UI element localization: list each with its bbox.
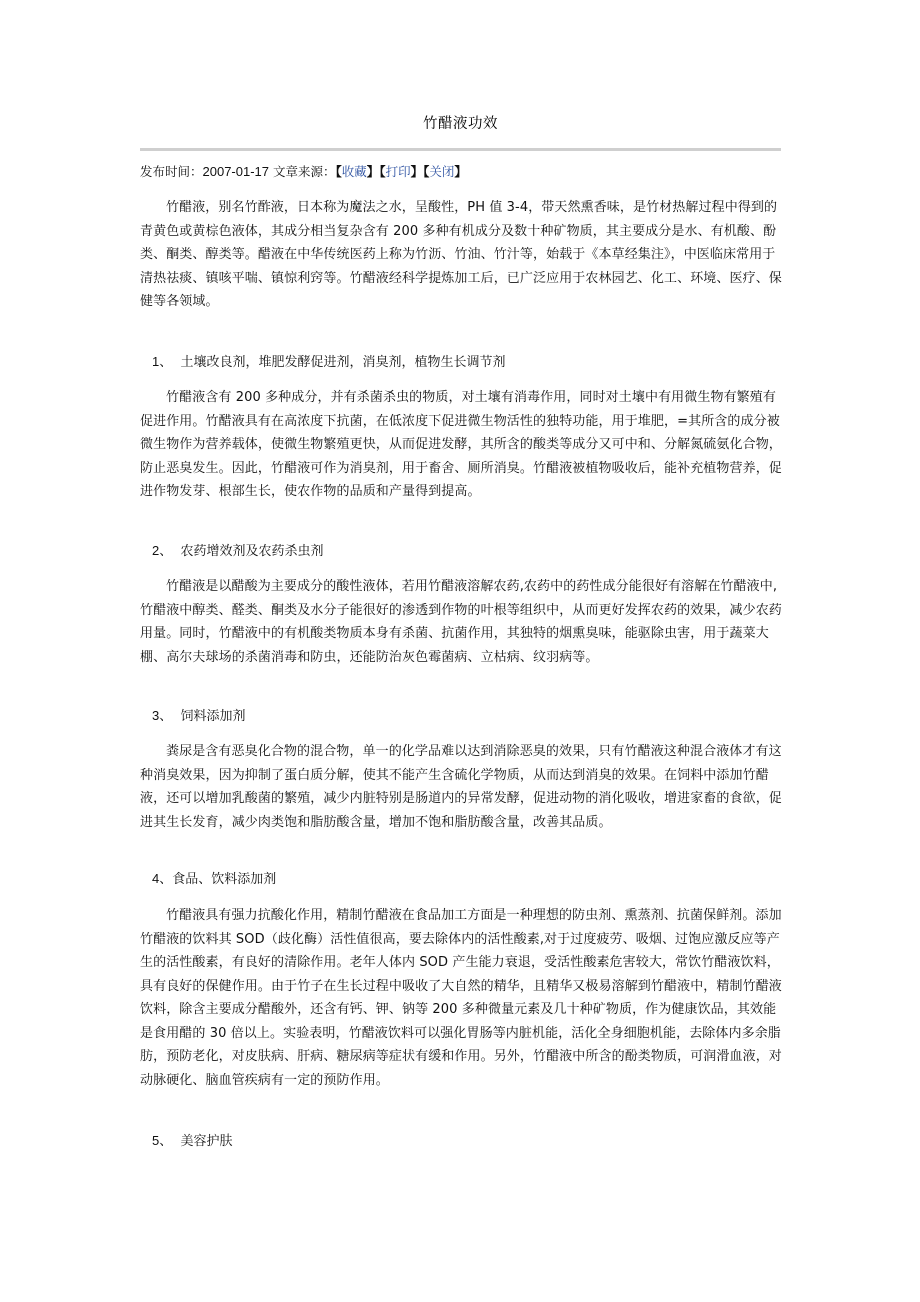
article-title: 竹醋液功效 bbox=[140, 112, 781, 133]
title-divider bbox=[140, 148, 781, 151]
section-body-3: 粪尿是含有恶臭化合物的混合物，单一的化学品难以达到消除恶臭的效果，只有竹醋液这种… bbox=[140, 740, 785, 834]
section-heading-1: 1、 土壤改良剂，堆肥发酵促进剂，消臭剂，植物生长调节剂 bbox=[152, 351, 506, 370]
section-title: 土壤改良剂，堆肥发酵促进剂，消臭剂，植物生长调节剂 bbox=[181, 355, 506, 370]
intro-paragraph: 竹醋液，别名竹酢液，日本称为魔法之水，呈酸性，PH 值 3-4，带天然熏香味，是… bbox=[140, 196, 785, 314]
article-meta: 发布时间：2007-01-17 文章来源：【收藏】【打印】【关闭】 bbox=[140, 162, 467, 180]
section-title: 饲料添加剂 bbox=[181, 709, 246, 724]
section-heading-2: 2、 农药增效剂及农药杀虫剂 bbox=[152, 540, 324, 559]
bracket-close: 】 bbox=[411, 164, 424, 179]
source-label: 文章来源： bbox=[273, 164, 336, 179]
favorite-link[interactable]: 收藏 bbox=[342, 164, 367, 179]
close-link[interactable]: 关闭 bbox=[429, 164, 454, 179]
section-heading-5: 5、 美容护肤 bbox=[152, 1130, 233, 1149]
section-number: 4、 bbox=[152, 871, 172, 886]
section-body-1: 竹醋液含有 200 多种成分，并有杀菌杀虫的物质，对土壤有消毒作用，同时对土壤中… bbox=[140, 386, 785, 504]
section-body-2: 竹醋液是以醋酸为主要成分的酸性液体，若用竹醋液溶解农药,农药中的药性成分能很好有… bbox=[140, 575, 785, 669]
section-number: 2、 bbox=[152, 543, 172, 558]
section-title: 食品、饮料添加剂 bbox=[172, 872, 276, 887]
bracket-close: 】 bbox=[367, 164, 380, 179]
print-link[interactable]: 打印 bbox=[386, 164, 411, 179]
bracket-close: 】 bbox=[454, 164, 467, 179]
section-heading-3: 3、 饲料添加剂 bbox=[152, 705, 246, 724]
section-title: 美容护肤 bbox=[181, 1134, 233, 1149]
publish-date: 2007-01-17 bbox=[203, 164, 270, 179]
section-number: 1、 bbox=[152, 354, 172, 369]
section-heading-4: 4、食品、饮料添加剂 bbox=[152, 868, 276, 887]
section-number: 5、 bbox=[152, 1133, 172, 1148]
section-title: 农药增效剂及农药杀虫剂 bbox=[181, 544, 324, 559]
section-body-4: 竹醋液具有强力抗酸化作用，精制竹醋液在食品加工方面是一种理想的防虫剂、熏蒸剂、抗… bbox=[140, 904, 785, 1092]
publish-label: 发布时间： bbox=[140, 164, 203, 179]
section-number: 3、 bbox=[152, 708, 172, 723]
